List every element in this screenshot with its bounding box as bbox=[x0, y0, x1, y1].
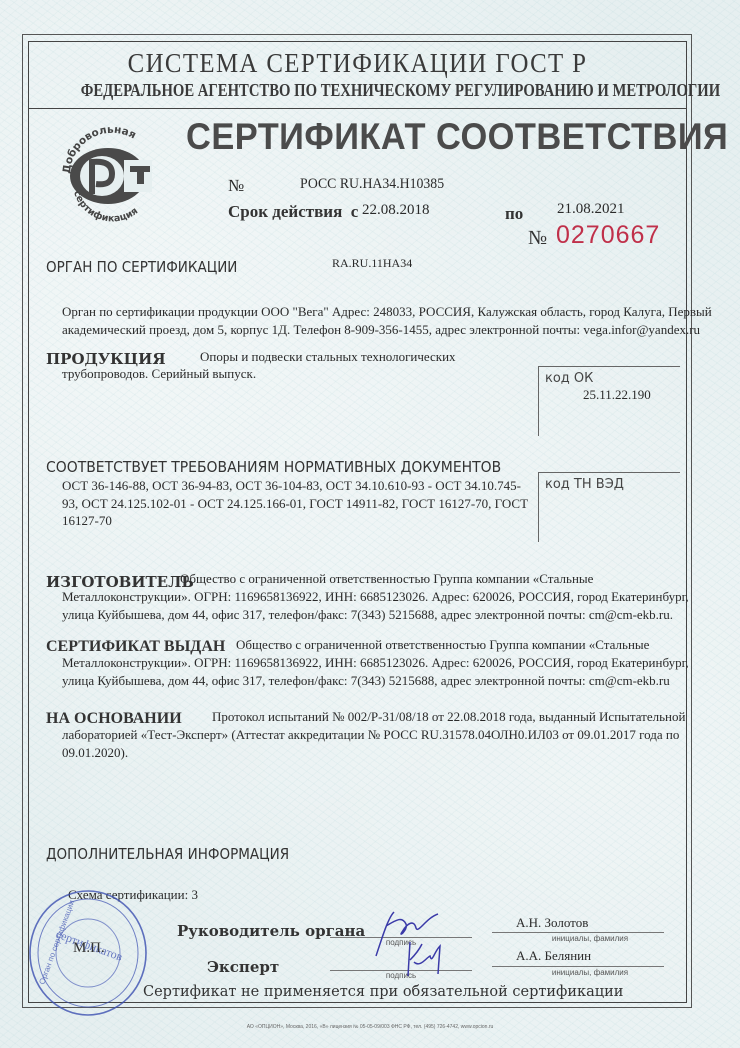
blank-number: 0270667 bbox=[556, 221, 660, 250]
issued-to-details: Металлоконструкции». ОГРН: 1169658136922… bbox=[62, 654, 689, 689]
printer-footer: АО «ОПЦИОН», Москва, 2016, «В» лицензия … bbox=[0, 1024, 740, 1030]
certification-body-line-1: Орган по сертификации продукции ООО "Вег… bbox=[62, 303, 712, 321]
manufacturer-details: Металлоконструкции». ОГРН: 1169658136922… bbox=[62, 588, 689, 623]
tnved-code-box: код ТН ВЭД bbox=[538, 472, 680, 542]
issued-to-line-1: Общество с ограниченной ответственностью… bbox=[236, 637, 649, 653]
agency-title: ФЕДЕРАЛЬНОЕ АГЕНТСТВО ПО ТЕХНИЧЕСКОМУ РЕ… bbox=[81, 80, 635, 101]
registration-number: РОСС RU.НА34.Н10385 bbox=[300, 176, 444, 193]
issued-to-line-2: Металлоконструкции». ОГРН: 1169658136922… bbox=[62, 654, 689, 672]
valid-to-label: по bbox=[505, 204, 523, 224]
compliance-line-2: 93, ОСТ 24.125.102-01 - ОСТ 24.125.166-0… bbox=[62, 495, 528, 513]
valid-to-date: 21.08.2021 bbox=[557, 201, 625, 218]
additional-info-heading: ДОПОЛНИТЕЛЬНАЯ ИНФОРМАЦИЯ bbox=[46, 845, 289, 863]
expert-label: Эксперт bbox=[207, 958, 279, 976]
compliance-line-1: ОСТ 36-146-88, ОСТ 36-94-83, ОСТ 36-104-… bbox=[62, 477, 528, 495]
product-line-1: Опоры и подвески стальных технологически… bbox=[200, 349, 456, 365]
certification-body-heading: ОРГАН ПО СЕРТИФИКАЦИИ bbox=[46, 258, 237, 276]
validity-label: Срок действия с bbox=[228, 202, 358, 222]
number-sign: № bbox=[228, 176, 244, 196]
ok-code-box: код ОК 25.11.22.190 bbox=[538, 366, 680, 436]
product-line-2: трубопроводов. Серийный выпуск. bbox=[62, 366, 256, 382]
rst-logo-icon: Добровольная сертификация bbox=[52, 122, 168, 222]
valid-from-date: 22.08.2018 bbox=[362, 202, 430, 219]
expert-name-line bbox=[492, 966, 664, 967]
stamp-label: М.П. bbox=[73, 940, 105, 957]
issued-to-line-3: улица Куйбышева, дом 44, офис 317, телеф… bbox=[62, 672, 689, 690]
manufacturer-line-2: Металлоконструкции». ОГРН: 1169658136922… bbox=[62, 588, 689, 606]
compliance-line-3: 16127-70 bbox=[62, 512, 528, 530]
blank-number-sign: № bbox=[528, 227, 547, 250]
manufacturer-line-3: улица Куйбышева, дом 44, офис 317, телеф… bbox=[62, 606, 689, 624]
ok-code-value: 25.11.22.190 bbox=[583, 387, 674, 403]
head-name: А.Н. Золотов bbox=[516, 915, 588, 931]
expert-name: А.А. Белянин bbox=[516, 948, 591, 964]
expert-signature-icon bbox=[396, 938, 446, 983]
certification-body-line-2: академический проезд, дом 5, корпус 1Д. … bbox=[62, 321, 712, 339]
head-name-line bbox=[492, 932, 664, 933]
basis-line-2: лабораторией «Тест-Эксперт» (Аттестат ак… bbox=[62, 726, 679, 744]
compliance-heading: СООТВЕТСТВУЕТ ТРЕБОВАНИЯМ НОРМАТИВНЫХ ДО… bbox=[46, 458, 501, 476]
certification-body-details: Орган по сертификации продукции ООО "Вег… bbox=[62, 303, 712, 338]
disclaimer: Сертификат не применяется при обязательн… bbox=[143, 984, 623, 1000]
basis-line-1: Протокол испытаний № 002/Р-31/08/18 от 2… bbox=[212, 709, 685, 725]
header-divider bbox=[28, 108, 687, 109]
basis-details: лабораторией «Тест-Эксперт» (Аттестат ак… bbox=[62, 726, 679, 761]
certification-body-code: RA.RU.11НА34 bbox=[332, 256, 412, 271]
tnved-code-label: код ТН ВЭД bbox=[545, 477, 674, 492]
certificate-title: СЕРТИФИКАТ СООТВЕТСТВИЯ bbox=[186, 116, 728, 158]
compliance-documents: ОСТ 36-146-88, ОСТ 36-94-83, ОСТ 36-104-… bbox=[62, 477, 528, 530]
basis-line-3: 09.01.2020). bbox=[62, 744, 679, 762]
ok-code-label: код ОК bbox=[545, 371, 674, 386]
manufacturer-line-1: Общество с ограниченной ответственностью… bbox=[180, 571, 593, 587]
expert-name-caption: инициалы, фамилия bbox=[530, 968, 650, 977]
seal-stamp-icon: сертификатов Орган по сертификации bbox=[26, 885, 152, 1031]
system-title: СИСТЕМА СЕРТИФИКАЦИИ ГОСТ Р bbox=[54, 48, 660, 79]
head-name-caption: инициалы, фамилия bbox=[530, 934, 650, 943]
